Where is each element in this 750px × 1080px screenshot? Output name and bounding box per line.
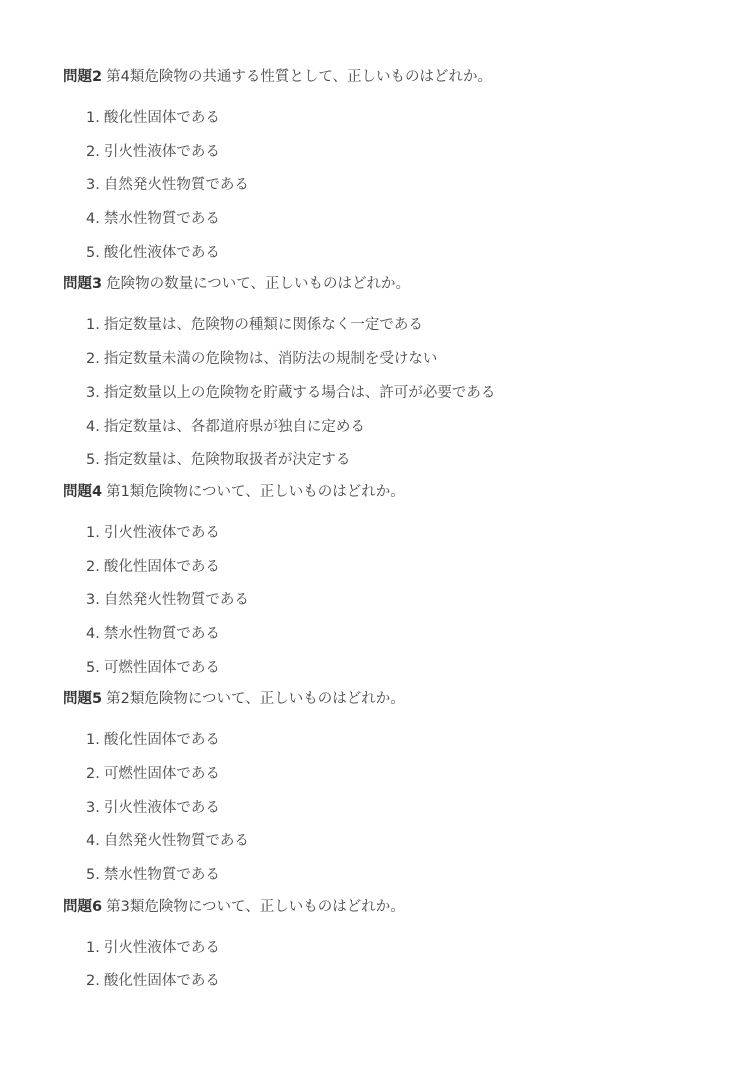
- option-item: 1.指定数量は、危険物の種類に関係なく一定である: [86, 314, 723, 336]
- option-text: 可燃性固体である: [104, 660, 220, 676]
- option-text: 自然発火性物質である: [104, 177, 249, 193]
- option-item: 2.可燃性固体である: [86, 763, 723, 785]
- question-5: 問題5第2類危険物について、正しいものはどれか。 1.酸化性固体である 2.可燃…: [63, 688, 723, 886]
- option-text: 酸化性固体である: [104, 110, 220, 126]
- option-list: 1.引火性液体である 2.酸化性固体である 3.自然発火性物質である 4.禁水性…: [63, 522, 723, 679]
- option-number: 1.: [86, 732, 100, 748]
- option-number: 4.: [86, 211, 100, 227]
- option-text: 指定数量以上の危険物を貯蔵する場合は、許可が必要である: [104, 385, 496, 401]
- option-text: 指定数量は、危険物の種類に関係なく一定である: [104, 317, 423, 333]
- option-number: 2.: [86, 766, 100, 782]
- question-text: 第1類危険物について、正しいものはどれか。: [106, 484, 405, 500]
- option-text: 指定数量は、危険物取扱者が決定する: [104, 452, 351, 468]
- option-text: 禁水性物質である: [104, 867, 220, 883]
- option-number: 2.: [86, 351, 100, 367]
- option-number: 5.: [86, 452, 100, 468]
- quiz-document: 問題2第4類危険物の共通する性質として、正しいものはどれか。 1.酸化性固体であ…: [63, 66, 723, 1004]
- option-number: 5.: [86, 245, 100, 261]
- option-text: 酸化性固体である: [104, 559, 220, 575]
- option-text: 引火性液体である: [104, 940, 220, 956]
- question-number: 問題2: [63, 69, 102, 85]
- question-4: 問題4第1類危険物について、正しいものはどれか。 1.引火性液体である 2.酸化…: [63, 481, 723, 679]
- question-6: 問題6第3類危険物について、正しいものはどれか。 1.引火性液体である 2.酸化…: [63, 896, 723, 993]
- option-item: 2.酸化性固体である: [86, 556, 723, 578]
- option-list: 1.引火性液体である 2.酸化性固体である: [63, 937, 723, 993]
- option-item: 4.自然発火性物質である: [86, 830, 723, 852]
- option-text: 禁水性物質である: [104, 211, 220, 227]
- option-text: 指定数量は、各都道府県が独自に定める: [104, 419, 365, 435]
- option-text: 自然発火性物質である: [104, 592, 249, 608]
- option-item: 5.指定数量は、危険物取扱者が決定する: [86, 449, 723, 471]
- option-number: 3.: [86, 177, 100, 193]
- option-item: 4.指定数量は、各都道府県が独自に定める: [86, 416, 723, 438]
- question-heading: 問題3危険物の数量について、正しいものはどれか。: [63, 273, 723, 295]
- option-text: 引火性液体である: [104, 800, 220, 816]
- option-text: 指定数量未満の危険物は、消防法の規制を受けない: [104, 351, 438, 367]
- option-item: 4.禁水性物質である: [86, 623, 723, 645]
- question-number: 問題3: [63, 276, 102, 292]
- question-number: 問題6: [63, 899, 102, 915]
- question-2: 問題2第4類危険物の共通する性質として、正しいものはどれか。 1.酸化性固体であ…: [63, 66, 723, 264]
- option-item: 4.禁水性物質である: [86, 208, 723, 230]
- option-item: 2.酸化性固体である: [86, 970, 723, 992]
- option-item: 5.可燃性固体である: [86, 657, 723, 679]
- option-item: 2.指定数量未満の危険物は、消防法の規制を受けない: [86, 348, 723, 370]
- option-number: 4.: [86, 626, 100, 642]
- question-number: 問題5: [63, 691, 102, 707]
- option-number: 3.: [86, 592, 100, 608]
- option-text: 酸化性固体である: [104, 973, 220, 989]
- question-text: 危険物の数量について、正しいものはどれか。: [106, 276, 410, 292]
- option-number: 2.: [86, 559, 100, 575]
- option-number: 1.: [86, 317, 100, 333]
- option-number: 4.: [86, 833, 100, 849]
- question-number: 問題4: [63, 484, 102, 500]
- option-number: 1.: [86, 110, 100, 126]
- option-list: 1.指定数量は、危険物の種類に関係なく一定である 2.指定数量未満の危険物は、消…: [63, 314, 723, 471]
- option-text: 可燃性固体である: [104, 766, 220, 782]
- option-number: 1.: [86, 525, 100, 541]
- option-text: 禁水性物質である: [104, 626, 220, 642]
- option-number: 5.: [86, 867, 100, 883]
- question-heading: 問題5第2類危険物について、正しいものはどれか。: [63, 688, 723, 710]
- option-item: 3.引火性液体である: [86, 797, 723, 819]
- option-item: 1.酸化性固体である: [86, 107, 723, 129]
- option-item: 1.引火性液体である: [86, 522, 723, 544]
- question-heading: 問題4第1類危険物について、正しいものはどれか。: [63, 481, 723, 503]
- option-list: 1.酸化性固体である 2.引火性液体である 3.自然発火性物質である 4.禁水性…: [63, 107, 723, 264]
- option-number: 1.: [86, 940, 100, 956]
- question-text: 第4類危険物の共通する性質として、正しいものはどれか。: [106, 69, 492, 85]
- option-item: 1.酸化性固体である: [86, 729, 723, 751]
- option-item: 3.指定数量以上の危険物を貯蔵する場合は、許可が必要である: [86, 382, 723, 404]
- question-3: 問題3危険物の数量について、正しいものはどれか。 1.指定数量は、危険物の種類に…: [63, 273, 723, 471]
- option-item: 2.引火性液体である: [86, 141, 723, 163]
- option-number: 4.: [86, 419, 100, 435]
- option-number: 2.: [86, 973, 100, 989]
- option-item: 5.禁水性物質である: [86, 864, 723, 886]
- question-text: 第2類危険物について、正しいものはどれか。: [106, 691, 405, 707]
- option-item: 1.引火性液体である: [86, 937, 723, 959]
- option-number: 5.: [86, 660, 100, 676]
- option-text: 引火性液体である: [104, 144, 220, 160]
- option-item: 3.自然発火性物質である: [86, 174, 723, 196]
- option-item: 5.酸化性液体である: [86, 242, 723, 264]
- question-heading: 問題6第3類危険物について、正しいものはどれか。: [63, 896, 723, 918]
- question-text: 第3類危険物について、正しいものはどれか。: [106, 899, 405, 915]
- option-list: 1.酸化性固体である 2.可燃性固体である 3.引火性液体である 4.自然発火性…: [63, 729, 723, 886]
- option-number: 3.: [86, 800, 100, 816]
- option-text: 酸化性液体である: [104, 245, 220, 261]
- option-text: 引火性液体である: [104, 525, 220, 541]
- option-text: 自然発火性物質である: [104, 833, 249, 849]
- option-number: 3.: [86, 385, 100, 401]
- question-heading: 問題2第4類危険物の共通する性質として、正しいものはどれか。: [63, 66, 723, 88]
- option-text: 酸化性固体である: [104, 732, 220, 748]
- option-item: 3.自然発火性物質である: [86, 589, 723, 611]
- option-number: 2.: [86, 144, 100, 160]
